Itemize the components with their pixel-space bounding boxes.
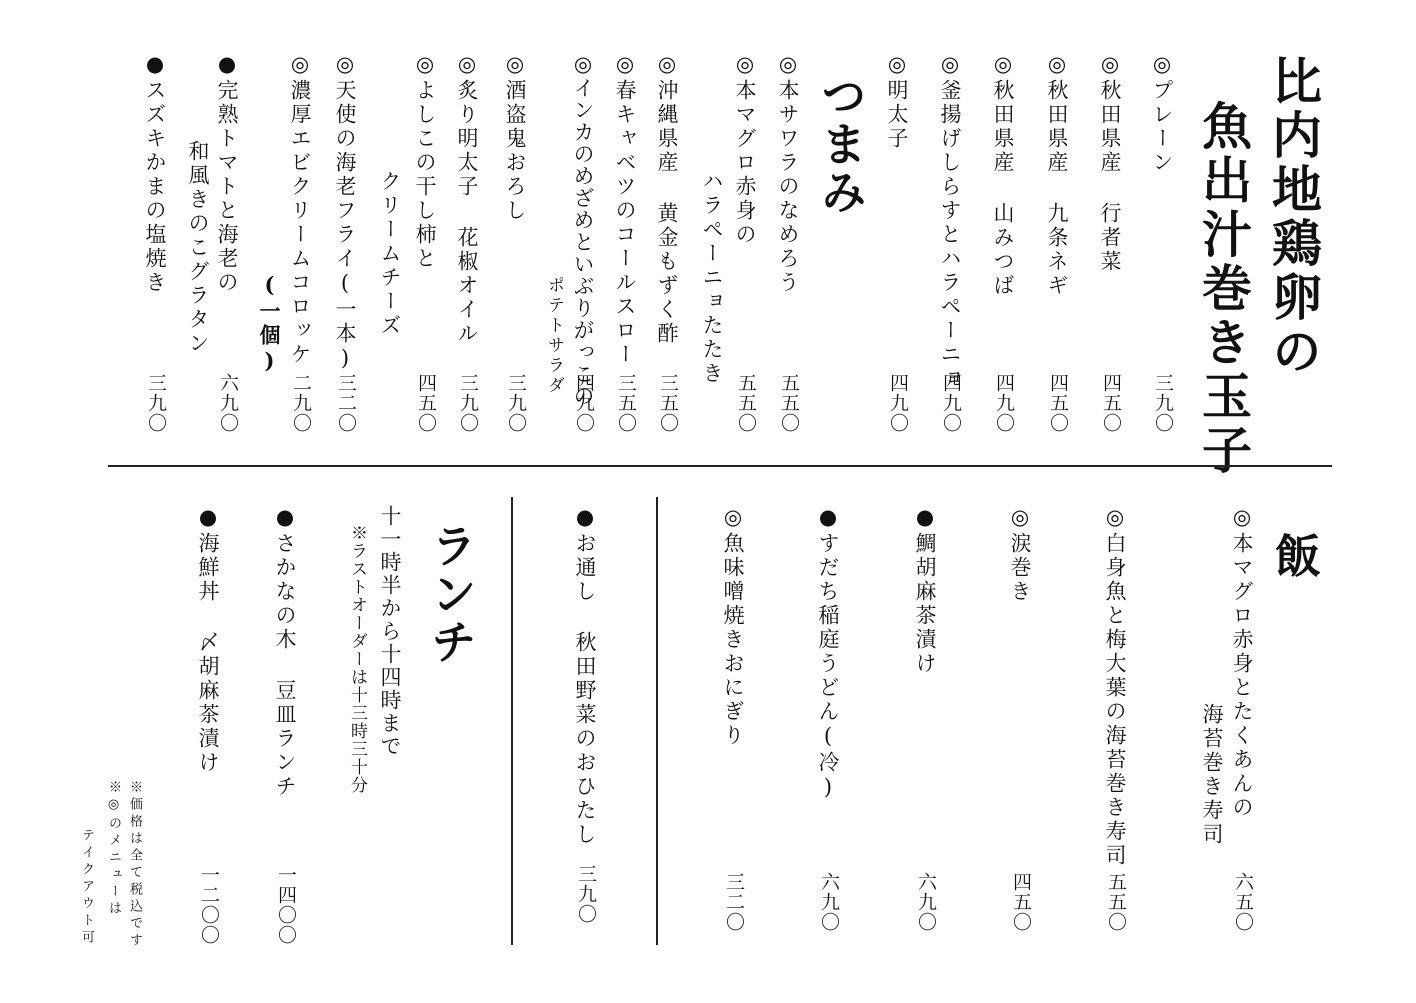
item-name-continued: クリームチーズ [379, 170, 400, 338]
vertical-divider-left [511, 497, 513, 945]
takeout-mark-icon: ◎ [1046, 52, 1067, 79]
item-price: 一四〇〇 [276, 865, 295, 945]
item-price: 四九〇 [574, 373, 593, 433]
takeout-mark-icon: ◎ [1231, 505, 1252, 532]
item-name: 濃厚エビクリームコロッケ [288, 79, 312, 367]
item-name: 白身魚と梅大葉の海苔巻き寿司 [1103, 532, 1127, 868]
takeout-mark-icon: ◎ [1104, 505, 1125, 532]
item-name-continued: ハラペーニョたたき [701, 170, 722, 386]
takeout-mark-icon: ◎ [414, 52, 435, 79]
item-price: 三二〇 [336, 373, 355, 433]
dine-in-mark-icon: ● [197, 505, 218, 532]
horizontal-divider [108, 465, 1332, 467]
item-price: 五五〇 [779, 373, 798, 433]
item-name-continued: 海苔巻き寿司 [1201, 703, 1222, 847]
takeout-mark-icon: ◎ [1099, 52, 1120, 79]
item-name: 魚味噌焼きおにぎり [721, 532, 745, 748]
item-price: 六五〇 [1233, 872, 1252, 932]
item-price: 六九〇 [218, 373, 237, 433]
item-price: 六九〇 [916, 872, 935, 932]
lunch-last-order: ※ラストオーダーは十三時三十分 [348, 524, 365, 794]
vertical-divider-right [656, 497, 658, 945]
takeout-mark-icon: ◎ [334, 52, 355, 79]
item-name: よしこの干し柿と [413, 79, 437, 271]
takeout-mark-icon: ◎ [504, 52, 525, 79]
item-price: 四九〇 [941, 373, 960, 433]
dine-in-mark-icon: ● [574, 505, 595, 532]
takeout-mark-icon: ◎ [456, 52, 477, 79]
item-price: 四五〇 [1048, 373, 1067, 433]
item-name: 春キャベツのコールスロー [613, 79, 637, 367]
item-name: 本サワラのなめろう [776, 79, 800, 295]
item-price: 四五〇 [1011, 872, 1030, 932]
item-name-continued: ポテトサラダ [545, 276, 562, 396]
takeout-mark-icon: ◎ [656, 52, 677, 79]
dine-in-mark-icon: ● [274, 505, 295, 532]
item-name: 秋田県産 行者菜 [1098, 79, 1122, 274]
item-price: 四五〇 [416, 373, 435, 433]
item-price: 五五〇 [1106, 872, 1125, 932]
takeout-mark-icon: ◎ [572, 52, 593, 77]
takeout-mark-icon: ◎ [939, 52, 960, 79]
takeout-mark-icon: ◎ [777, 52, 798, 79]
item-name: 秋田県産 九条ネギ [1045, 79, 1069, 298]
item-price: 三九〇 [146, 373, 165, 433]
item-name: さかなの木 豆皿ランチ [273, 532, 297, 799]
tamago-title-line1: 比内地鶏卵の [1268, 55, 1318, 379]
item-price: 三九〇 [1153, 373, 1172, 433]
item-price: 三五〇 [616, 373, 635, 433]
item-name: インカのめざめといぶりがっこの [571, 77, 595, 407]
item-name: 涙巻き [1008, 532, 1032, 604]
item-name: 炙り明太子 花椒オイル [455, 79, 479, 346]
dine-in-mark-icon: ● [216, 52, 237, 79]
takeout-mark-icon: ◎ [734, 52, 755, 79]
item-name: 海鮮丼 〆胡麻茶漬け [196, 532, 220, 775]
dine-in-mark-icon: ● [914, 505, 935, 532]
item-name: プレーン [1150, 79, 1174, 175]
dine-in-mark-icon: ● [817, 505, 838, 532]
item-price: 三五〇 [658, 373, 677, 433]
item-name: 明太子 [885, 79, 909, 151]
item-price: 四九〇 [888, 373, 907, 433]
item-name: 本マグロ赤身とたくあんの [1230, 532, 1254, 820]
lunch-title: ランチ [428, 522, 474, 666]
item-name: 釜揚げしらすとハラペーニョ [938, 79, 962, 391]
item-name: 沖縄県産 黄金もずく酢 [655, 79, 679, 346]
takeout-mark-icon: ◎ [992, 52, 1013, 79]
tamago-title-line2: 魚出汁巻き玉子 [1198, 100, 1248, 478]
item-name-continued: 和風きのこグラタン [187, 140, 208, 356]
item-price: 一二〇〇 [199, 865, 218, 945]
takeout-mark-icon: ◎ [289, 52, 310, 79]
item-name-continued: (一個) [259, 272, 280, 376]
item-name: 完熟トマトと海老の [215, 79, 239, 295]
item-name: 酒盗鬼おろし [503, 79, 527, 223]
item-name: 天使の海老フライ(一本) [333, 79, 357, 373]
dine-in-mark-icon: ● [144, 52, 165, 79]
footnote-takeout-cont: テイクアウト可 [80, 828, 93, 947]
item-name: すだち稲庭うどん(冷) [816, 532, 840, 802]
item-price: 三九〇 [576, 864, 595, 924]
item-name: お通し 秋田野菜のおひたし [573, 532, 597, 847]
item-name: スズキかまの塩焼き [143, 79, 167, 295]
lunch-hours: 十一時半から十四時まで [379, 505, 400, 758]
item-price: 六九〇 [819, 872, 838, 932]
tsumami-title: つまみ [818, 72, 864, 216]
item-name: 本マグロ赤身の [733, 79, 757, 247]
takeout-mark-icon: ◎ [886, 52, 907, 79]
item-price: 三九〇 [506, 373, 525, 433]
item-price: 二九〇 [291, 373, 310, 433]
meshi-title: 飯 [1272, 532, 1318, 580]
item-name: 秋田県産 山みつば [991, 79, 1015, 298]
footnote-takeout: ※◎のメニューは [107, 780, 120, 918]
takeout-mark-icon: ◎ [1009, 505, 1030, 532]
item-price: 四九〇 [994, 373, 1013, 433]
item-price: 四五〇 [1101, 373, 1120, 433]
takeout-mark-icon: ◎ [1151, 52, 1172, 79]
takeout-mark-icon: ◎ [614, 52, 635, 79]
footnote-tax: ※価格は全て税込です [128, 780, 141, 950]
item-price: 五五〇 [736, 373, 755, 433]
item-price: 三二〇 [724, 872, 743, 932]
takeout-mark-icon: ◎ [722, 505, 743, 532]
item-name: 鯛胡麻茶漬け [913, 532, 937, 676]
item-price: 三九〇 [458, 373, 477, 433]
